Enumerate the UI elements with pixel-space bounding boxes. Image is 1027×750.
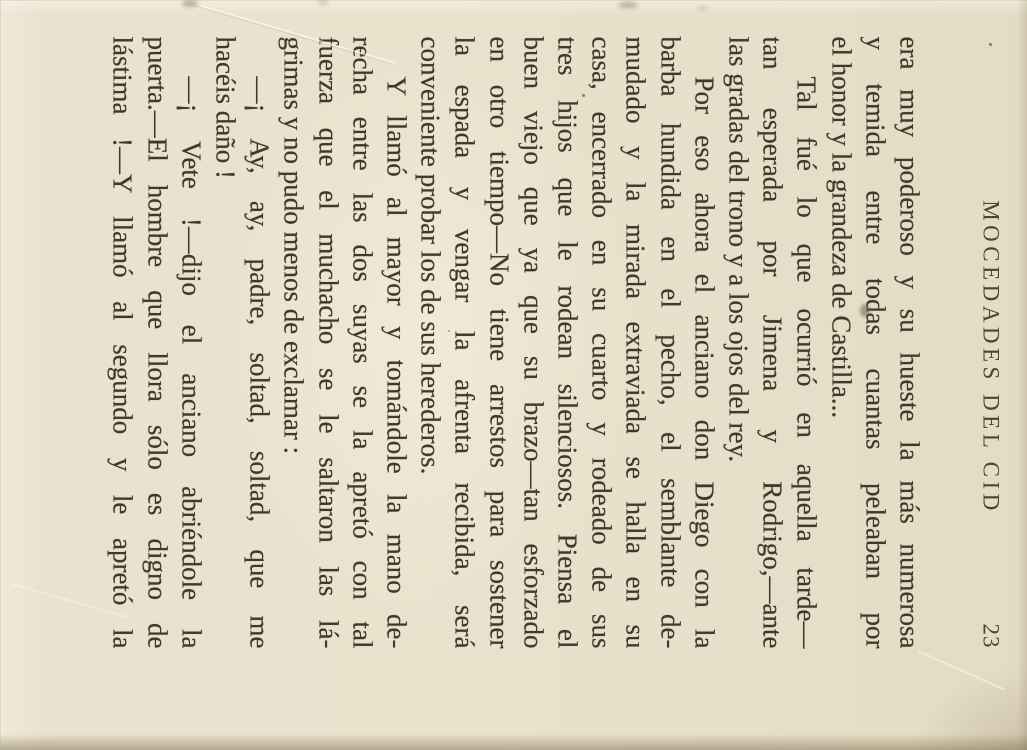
text-line: barba hundida en el pecho, el semblante … [652, 36, 686, 648]
text-line: las gradas del trono y a los ojos del re… [721, 36, 755, 648]
text-line: conveniente probar los de sus herederos. [413, 36, 447, 648]
text-line: —¡ Ay, ay, padre, soltad, soltad, que me [242, 36, 276, 648]
text-line: recha entre las dos suyas se la apretó c… [345, 36, 379, 648]
text-line: lástima !—Y llamó al segundo y le apretó… [105, 36, 139, 648]
text-line: —¡ Vete !—dijo el anciano abriéndole la [174, 36, 208, 648]
text-line: Tal fué lo que ocurrió en aquella tarde— [789, 36, 823, 648]
text-line: Y llamó al mayor y tomándole la mano de- [379, 36, 413, 648]
text-line: era muy poderoso y su hueste la más nume… [892, 36, 926, 648]
text-line: fuerza que el muchacho se le saltaron la… [310, 36, 344, 648]
page-number: 23 [971, 623, 1009, 648]
scanned-book-page: MOCEDADES DEL CID 23 era muy poderoso y … [0, 0, 1027, 750]
text-line: mudado y la mirada extraviada se halla e… [618, 36, 652, 648]
text-line: en otro tiempo—No tiene arrestos para so… [481, 36, 515, 648]
text-line: grimas y no pudo menos de exclamar : [276, 36, 310, 648]
text-line: buen viejo que ya que su brazo—tan esfor… [516, 36, 550, 648]
text-line: tres hijos que le rodean silenciosos. Pi… [550, 36, 584, 648]
text-line: el honor y la grandeza de Castilla... [823, 36, 857, 648]
text-line: tan esperada por Jimena y Rodrigo,—ante [755, 36, 789, 648]
text-line: y temida entre todas cuantas peleaban po… [858, 36, 892, 648]
running-head: MOCEDADES DEL CID 23 [971, 66, 1009, 648]
text-line: casa, encerrado en su cuarto y rodeado d… [584, 36, 618, 648]
text-block: era muy poderoso y su hueste la más nume… [105, 36, 926, 648]
page-header-title: MOCEDADES DEL CID [978, 200, 1003, 515]
page-content-rotated: MOCEDADES DEL CID 23 era muy poderoso y … [0, 0, 1027, 750]
text-line: la espada y vengar la afrenta recibida, … [447, 36, 481, 648]
text-line: hacéis daño ! [208, 36, 242, 648]
text-line: Por eso ahora el anciano don Diego con l… [687, 36, 721, 648]
text-line: puerta.—El hombre que llora sólo es dign… [139, 36, 173, 648]
